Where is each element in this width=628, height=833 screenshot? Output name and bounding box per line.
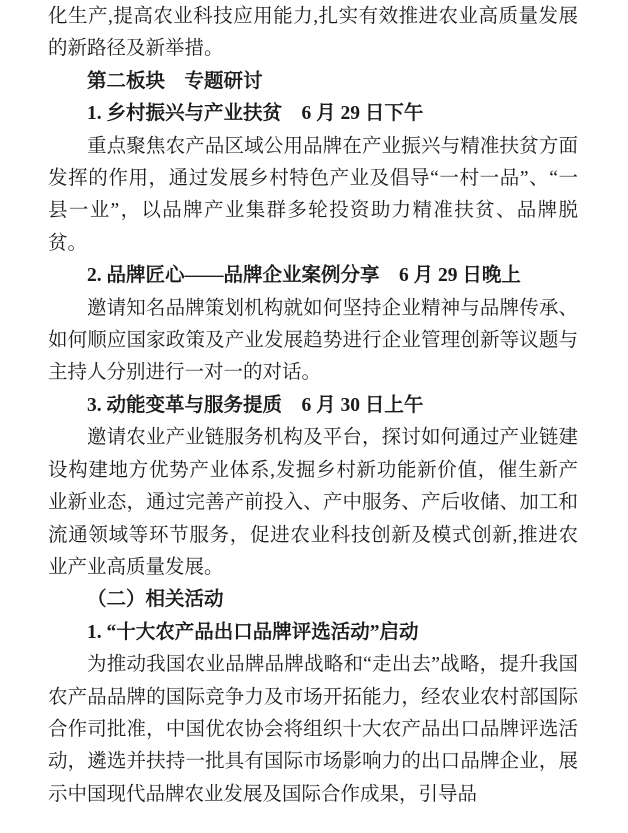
paragraph-continuation: 化生产,提高农业科技应用能力,扎实有效推进农业高质量发展的新路径及新举措。 <box>48 1 578 66</box>
document-page: 化生产,提高农业科技应用能力,扎实有效推进农业高质量发展的新路径及新举措。 第二… <box>0 0 628 833</box>
paragraph-topic3-body: 邀请农业产业链服务机构及平台，探讨如何通过产业链建设构建地方优势产业体系,发掘乡… <box>48 422 578 584</box>
paragraph-topic1-body: 重点聚焦农产品区域公用品牌在产业振兴与精准扶贫方面发挥的作用，通过发展乡村特色产… <box>48 131 578 261</box>
paragraph-activity1-body: 为推动我国农业品牌品牌战略和“走出去”战略，提升我国农产品品牌的国际竞争力及市场… <box>48 649 578 811</box>
paragraph-topic2-body: 邀请知名品牌策划机构就如何坚持企业精神与品牌传承、如何顺应国家政策及产业发展趋势… <box>48 293 578 390</box>
item-heading-topic1: 1. 乡村振兴与产业扶贫 6 月 29 日下午 <box>48 98 578 130</box>
section-heading-block2: 第二板块 专题研讨 <box>48 66 578 98</box>
item-heading-activity1: 1. “十大农产品出口品牌评选活动”启动 <box>48 617 578 649</box>
item-heading-topic2: 2. 品牌匠心——品牌企业案例分享 6 月 29 日晚上 <box>48 260 578 292</box>
section-heading-activities: （二）相关活动 <box>48 584 578 616</box>
item-heading-topic3: 3. 动能变革与服务提质 6 月 30 日上午 <box>48 390 578 422</box>
